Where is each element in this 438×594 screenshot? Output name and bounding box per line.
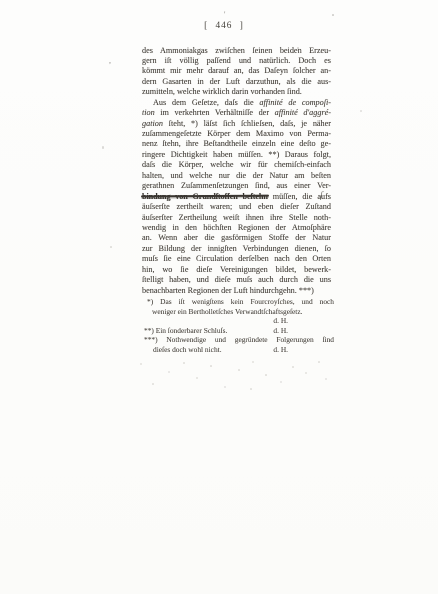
body-line: muſs ſie eine Circulation derſelben nach… — [142, 254, 331, 264]
dust-speck — [152, 383, 154, 385]
footnotes-block: *) Das iſt wenigſtens kein Fourcroyſches… — [144, 297, 334, 355]
body-line: Aus dem Geſetze, daſs die affinité de co… — [142, 98, 331, 108]
dust-speck — [224, 386, 226, 388]
text-segment: im verkehrten Verhältniſſe der — [155, 108, 275, 117]
dust-speck — [168, 371, 170, 373]
body-line: äuſserſte zertheilt waren; und eben dieſ… — [142, 202, 331, 212]
body-line: dern Gasarten in der Luft darzuthun, als… — [142, 77, 331, 87]
footnote-line: weniger ein Bertholletſches Verwandtſcha… — [144, 307, 334, 317]
editor-initials: d. H. — [273, 326, 288, 336]
body-line: zur Bildung der innigſten Verbindungen d… — [142, 244, 331, 254]
editor-initials: d. H. — [273, 345, 288, 355]
body-line: an. Wenn aber die gasförmigen Stoffe der… — [142, 233, 331, 243]
footnote-line: dieſes doch wohl nicht.d. H. — [144, 345, 334, 355]
body-line: gerathnen Zuſammenſetzungen ſind, aus ei… — [142, 181, 331, 191]
body-text-block: des Ammoniakgas zwiſchen ſeinen beiden E… — [142, 46, 331, 297]
footnote-text: dieſes doch wohl nicht. — [153, 345, 222, 354]
body-line: tion im verkehrten Verhältniſſe der affi… — [142, 108, 331, 118]
body-line: zumitteln, welche wirklich darin vorhand… — [142, 87, 331, 97]
body-line: kömmt mir mehr darauf an, das Daſeyn ſol… — [142, 66, 331, 76]
footnote-line: ***) Nothwendige und gegründete Folgerun… — [144, 335, 334, 345]
footnote-line: **) Ein ſonderbarer Schluſs.d. H. — [144, 326, 334, 336]
dust-speck — [210, 365, 212, 367]
dust-speck — [297, 47, 299, 49]
italic-term: affinité d'aggré- — [275, 108, 331, 117]
body-line: wendig in den höchſten Regionen der Atmo… — [142, 223, 331, 233]
body-line: ringere Dichtigkeit haben müſſen. **) Da… — [142, 150, 331, 160]
body-line-struck: bindung von Grundſtoffen beſtehn müſſen,… — [142, 192, 331, 202]
dust-speck — [280, 381, 282, 383]
dust-speck — [332, 14, 334, 16]
dust-speck — [183, 362, 185, 364]
scan-artifact-tick: ' — [224, 10, 225, 19]
footnote-signature-line: d. H. — [144, 316, 334, 326]
body-line: hin, wo ſie dieſe Vereinigungen bildet, … — [142, 265, 331, 275]
dust-speck — [196, 377, 198, 379]
footnote-text: **) Ein ſonderbarer Schluſs. — [144, 326, 227, 335]
text-segment: Aus dem Geſetze, daſs die — [153, 98, 259, 107]
body-line: des Ammoniakgas zwiſchen ſeinen beiden E… — [142, 46, 331, 56]
dust-speck — [250, 388, 252, 390]
dust-speck — [305, 372, 307, 374]
italic-term: gation — [142, 119, 163, 128]
body-line: halten, und welche nur die der Natur am … — [142, 171, 331, 181]
text-segment: ſteht, *) läſst ſich ſchlieſsen, daſs, j… — [163, 119, 331, 128]
scanned-book-page: [ 446 ] des Ammoniakgas zwiſchen ſeinen … — [0, 0, 438, 594]
editor-initials: d. H. — [273, 316, 288, 326]
footnote-line: *) Das iſt wenigſtens kein Fourcroyſches… — [144, 297, 334, 307]
body-line: benachbarten Regionen der Luft hindurchg… — [142, 286, 331, 296]
body-line: ſtelligt haben, und dieſe muſs auch durc… — [142, 275, 331, 285]
body-line: nenz ſtehn, ihre Beſtandtheile einzeln e… — [142, 139, 331, 149]
dust-speck — [360, 110, 362, 112]
body-line: zuſammengeſetzte Körper dem Maximo von P… — [142, 129, 331, 139]
italic-term: affinité de compoſi- — [259, 98, 331, 107]
dust-speck — [252, 361, 254, 363]
body-line: gern iſt völlig paſſend und natürlich. D… — [142, 56, 331, 66]
body-line: äuſserſter Zertheilung weiſt ihnen ihre … — [142, 213, 331, 223]
dust-speck — [318, 361, 320, 363]
scan-artifact-comma: , — [109, 56, 111, 65]
dust-speck — [110, 246, 112, 248]
italic-term: tion — [142, 108, 155, 117]
body-line: gation ſteht, *) läſst ſich ſchlieſsen, … — [142, 119, 331, 129]
struck-text: bindung von Grundſtoffen beſtehn — [142, 192, 268, 201]
dust-speck — [325, 378, 327, 380]
page-number: [ 446 ] — [194, 21, 254, 31]
body-line: daſs die Körper, welche wir für chemiſch… — [142, 160, 331, 170]
dust-speck — [140, 363, 142, 365]
dust-speck — [292, 366, 294, 368]
dust-speck — [265, 374, 267, 376]
dust-speck — [102, 146, 104, 149]
dust-speck — [238, 369, 240, 371]
scan-artifact-margin-glyph: ſ — [320, 191, 323, 201]
